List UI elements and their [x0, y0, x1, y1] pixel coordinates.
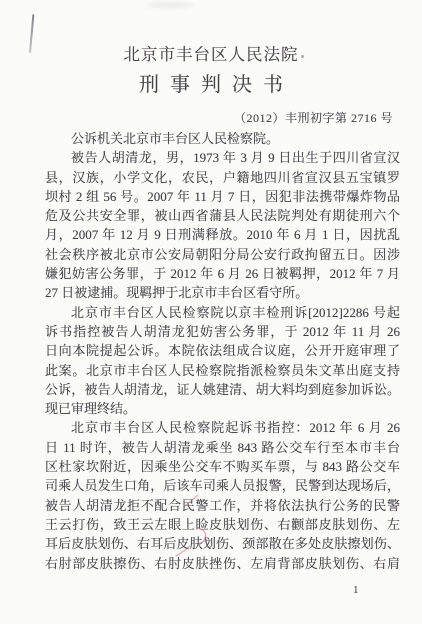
- red-pen-mark: [174, 544, 192, 559]
- body-line: 右肘部皮肤擦伤、右肘皮肤挫伤、左肩背部皮肤划伤、右肩: [45, 554, 400, 573]
- body-line: 此案。北京市丰台区人民检察院指派检察员朱文革出庭支持: [45, 361, 400, 380]
- body-line: 社会秩序被北京市公安局朝阳分局公安行政拘留五日。因涉: [45, 245, 400, 264]
- scanned-judgment-page: 北京市丰台区人民法院 刑事判决书 （2012）丰刑初字第 2716 号 公诉机关…: [0, 0, 422, 624]
- body-line: 嫌犯妨害公务罪，于 2012 年 6 月 26 日被羁押，2012 年 7 月: [45, 264, 400, 283]
- body-line: 区杜家坎附近，因乘坐公交车不购买车票，与 843 路公交车: [45, 457, 400, 476]
- body-line: 危及公共安全罪，被山西省蒲县人民法院判处有期徒刑六个: [45, 206, 400, 225]
- body-line: 公诉机关北京市丰台区人民检察院。: [45, 129, 400, 148]
- body-line: 27 日被逮捕。现羁押于北京市丰台区看守所。: [45, 283, 400, 302]
- court-name: 北京市丰台区人民法院: [0, 41, 422, 65]
- scan-smudge-mark: [146, 2, 194, 8]
- body-line: 日 11 时许，被告人胡清龙乘坐 843 路公交车行至本市丰台: [45, 438, 400, 457]
- body-line: 北京市丰台区人民检察院以京丰检刑诉[2012]2286 号起: [45, 303, 400, 322]
- page-number: 1: [353, 584, 359, 596]
- document-body: 公诉机关北京市丰台区人民检察院。 被告人胡清龙，男，1973 年 3 月 9 日…: [45, 129, 400, 573]
- body-line: 被告人胡清龙拒不配合民警工作，并将依法执行公务的民警: [45, 496, 400, 515]
- body-line: 王云打伤，致王云左眼上睑皮肤划伤、右颧部皮肤划伤、左: [45, 515, 400, 534]
- body-line: 耳后皮肤划伤、右耳后皮肤划伤、颈部散在多处皮肤擦划伤、: [45, 534, 400, 553]
- body-line: 月，2007 年 12 月 9 日刑满释放。2010 年 6 月 1 日，因扰乱: [45, 225, 400, 244]
- document-title: 刑事判决书: [0, 68, 422, 97]
- body-line: 日向本院提起公诉。本院依法组成合议庭，公开开庭审理了: [45, 341, 400, 360]
- red-pen-mark: [183, 493, 201, 509]
- body-line: 被告人胡清龙，男，1973 年 3 月 9 日出生于四川省宣汉: [45, 148, 400, 167]
- body-line: 县，汉族，小学文化，农民，户籍地四川省宣汉县五宝镇罗: [45, 168, 400, 187]
- body-line: 诉书指控被告人胡清龙犯妨害公务罪，于 2012 年 11 月 26: [45, 322, 400, 341]
- body-line: 现已审理终结。: [45, 399, 400, 418]
- body-line: 坝村 2 组 56 号。2007 年 11 月 7 日，因犯非法携带爆炸物品: [45, 187, 400, 206]
- scan-speck: [301, 55, 304, 58]
- body-line: 司乘人员发生口角，后该车司乘人员报警，民警到达现场后，: [45, 476, 400, 495]
- red-pen-mark: [193, 526, 215, 548]
- body-line: 北京市丰台区人民检察院起诉书指控：2012 年 6 月 26: [45, 418, 400, 437]
- body-line: 公诉，被告人胡清龙，证人姚建清、胡大料均到庭参加诉讼。: [45, 380, 400, 399]
- case-number: （2012）丰刑初字第 2716 号: [234, 109, 393, 126]
